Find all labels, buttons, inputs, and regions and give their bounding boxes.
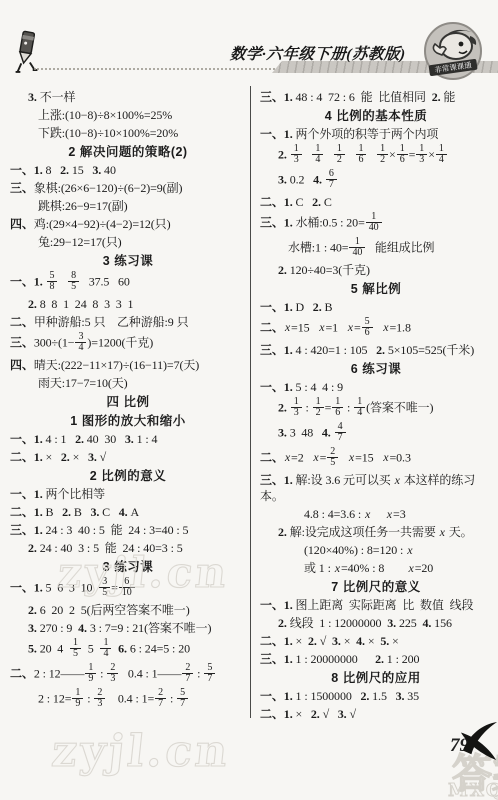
text-run: 三、 xyxy=(10,335,34,349)
text-run: B xyxy=(46,505,63,519)
section-heading: 3 练习课 xyxy=(8,557,248,576)
fraction: 23 xyxy=(107,663,118,684)
text-run: =20 xyxy=(415,561,433,575)
text-run: 2. xyxy=(60,163,72,177)
text-run: 2. xyxy=(28,541,40,555)
text-run: =3 xyxy=(393,507,406,521)
text-run: 四、 xyxy=(10,217,34,231)
text-run: 4. xyxy=(422,616,434,630)
text-run xyxy=(324,147,333,161)
section-heading: 1 图形的放大和缩小 xyxy=(8,411,248,430)
text-run: 4. xyxy=(356,634,368,648)
text-run: 4.8 : 4=3.6 : xyxy=(304,507,364,521)
answer-line: 二、2 : 12——19 : 23 0.4 : 1——27 : 57 xyxy=(8,662,248,687)
text-run: 二、1. xyxy=(10,450,46,464)
fraction: 13 xyxy=(291,397,302,418)
answer-line: 二、甲种游船:5 只 乙种游船:9 只 xyxy=(8,313,248,331)
fraction: 57 xyxy=(177,688,188,709)
text-run: 2. xyxy=(312,195,324,209)
text-run: 两个外项的积等于两个内项 xyxy=(296,127,439,141)
text-run: x xyxy=(386,507,393,521)
text-run: 水桶:0.5 : 20= xyxy=(296,215,365,229)
text-run: =2 xyxy=(291,450,312,464)
text-run: 晴天:(222−11×17)÷(16−11)=7(天) xyxy=(34,358,199,372)
text-run: 3. xyxy=(125,432,137,446)
text-run: B xyxy=(74,505,91,519)
text-run xyxy=(371,507,386,521)
answer-line: 一、1. 8 2. 15 3. 40 xyxy=(8,161,248,179)
text-run: x xyxy=(348,450,355,464)
text-run: C xyxy=(296,195,313,209)
text-run: 一、1. xyxy=(10,163,46,177)
text-run: 3. xyxy=(278,425,290,439)
watermark-site: MXQE.COM xyxy=(448,780,498,800)
text-run: = xyxy=(325,400,332,414)
text-run: 雨天:17−7=10(天) xyxy=(38,376,128,390)
fraction: 23 xyxy=(94,688,105,709)
text-run: 二、1. xyxy=(260,195,296,209)
text-run: 1 : 200 xyxy=(387,652,420,666)
fraction: 16 xyxy=(397,144,408,165)
text-run: x xyxy=(347,320,354,334)
section-heading: 4 比例的基本性质 xyxy=(258,106,494,125)
text-run: 5 xyxy=(82,641,100,655)
answer-line: 二、1. C 2. C xyxy=(258,193,494,211)
text-run: 3 : 7=9 : 21(答案不唯一) xyxy=(90,621,212,635)
answer-line: 2. 13 : 12=16 : 14(答案不唯一) xyxy=(258,396,494,421)
answer-line: 三、300÷(1−34)=1200(千克) xyxy=(8,331,248,356)
text-run: 水槽:1 : 40= xyxy=(288,240,348,254)
fraction: 15 xyxy=(70,638,81,659)
text-run: 2. xyxy=(313,300,325,314)
text-run: 3. xyxy=(88,450,100,464)
text-run: × xyxy=(296,634,308,648)
feather-icon xyxy=(460,720,498,762)
text-run: A xyxy=(130,505,139,519)
text-run: 2. xyxy=(360,689,372,703)
answer-line: 三、象棋:(26×6−120)÷(6−2)=9(副) xyxy=(8,179,248,197)
answers-column-right: 三、1. 48 : 4 72 : 6 能 比值相同 2. 能4 比例的基本性质一… xyxy=(258,88,494,723)
text-run: 二、 xyxy=(260,320,284,334)
text-run: × xyxy=(368,634,380,648)
answer-line: 一、1. 图上距离 实际距离 比 数值 线段 xyxy=(258,596,494,614)
text-run: 6 : 24=5 : 20 xyxy=(130,641,190,655)
text-run: 48 : 4 72 : 6 能 比值相同 xyxy=(296,90,432,104)
text-run: 二、1. xyxy=(260,707,296,721)
text-run: 三、1. xyxy=(260,343,296,357)
fraction: 56 xyxy=(362,317,373,338)
text-run: 三、1. xyxy=(260,652,296,666)
text-run: 跳棋:26−9=17(副) xyxy=(38,199,128,213)
text-run: √ xyxy=(323,707,338,721)
answer-line: 水槽:1 : 40=140 能组成比例 xyxy=(258,236,494,261)
page-title: 数学·六年级下册(苏教版) xyxy=(229,42,441,64)
text-run: 40 30 xyxy=(87,432,125,446)
text-run: 3. xyxy=(28,621,40,635)
text-run: × xyxy=(392,634,399,648)
answer-line: 三、1. 4 : 420=1 : 105 2. 5×105=525(千米) xyxy=(258,341,494,359)
fraction: 34 xyxy=(75,332,86,353)
text-run: 甲种游船:5 只 乙种游船:9 只 xyxy=(34,315,189,329)
answer-line: 三、1. 水桶:0.5 : 20=140 xyxy=(258,211,494,236)
text-run: x xyxy=(334,561,341,575)
text-run: 三、1. xyxy=(260,90,296,104)
text-run: 4. xyxy=(313,172,325,186)
text-run: × xyxy=(344,634,356,648)
text-run: 20 4 xyxy=(40,641,69,655)
answer-line: 一、1. D 2. B xyxy=(258,298,494,316)
text-run: 5. xyxy=(28,641,40,655)
answer-line: 下跌:(10−8)÷10×100%=20% xyxy=(8,124,248,142)
text-run: 1 : 4 xyxy=(137,432,158,446)
text-run: 2. xyxy=(375,652,387,666)
text-run: =0.3 xyxy=(389,450,410,464)
answer-line: 2. 13 14 12 16 12×16=13×14 xyxy=(258,143,494,168)
fraction: 14 xyxy=(100,638,111,659)
text-run: 一、1. xyxy=(10,487,46,501)
answer-line: 2. 120÷40=3(千克) xyxy=(258,261,494,279)
text-run xyxy=(339,450,348,464)
text-run: 上涨:(10−8)÷8×100%=25% xyxy=(38,108,172,122)
text-run: x xyxy=(394,473,401,487)
fraction: 13 xyxy=(416,144,427,165)
text-run: x xyxy=(284,320,291,334)
text-run: 2. xyxy=(28,603,40,617)
text-run: 象棋:(26×6−120)÷(6−2)=9(副) xyxy=(34,181,183,195)
text-run: 300÷(1− xyxy=(34,335,75,349)
text-run: 4 : 420=1 : 105 xyxy=(296,343,377,357)
answer-line: 一、1. 两个外项的积等于两个内项 xyxy=(258,125,494,143)
text-run: 35 xyxy=(407,689,419,703)
text-run: 二、 xyxy=(260,450,284,464)
text-run: = xyxy=(111,580,118,594)
text-run: 一、1. xyxy=(260,127,296,141)
answer-line: 3. 3 48 4. 47 xyxy=(258,421,494,446)
answer-line: 一、1. 两个比相等 xyxy=(8,485,248,503)
section-heading: 8 比例尺的应用 xyxy=(258,668,494,687)
text-run: 2. xyxy=(62,505,74,519)
text-run: 二、1. xyxy=(10,505,46,519)
text-run: × xyxy=(73,450,88,464)
fraction: 140 xyxy=(349,237,365,258)
text-run: 5. xyxy=(380,634,392,648)
text-run: 三、 xyxy=(10,181,34,195)
section-heading: 6 练习课 xyxy=(258,359,494,378)
text-run: 4. xyxy=(322,425,334,439)
text-run: = xyxy=(320,450,327,464)
fraction: 35 xyxy=(99,577,110,598)
text-run: 2. xyxy=(75,432,87,446)
answer-line: 3. 0.2 4. 67 xyxy=(258,168,494,193)
text-run: 40 xyxy=(104,163,116,177)
text-run: 一、1. xyxy=(260,598,296,612)
text-run: x xyxy=(284,450,291,464)
text-run: 能组成比例 xyxy=(366,240,434,254)
text-run: 2. xyxy=(278,400,290,414)
text-run: 3. xyxy=(338,707,350,721)
text-run: 一、1. xyxy=(260,380,296,394)
text-run: 解:设完成这项任务一共需要 xyxy=(290,525,439,539)
answer-line: 2. 解:设完成这项任务一共需要 x 天。 xyxy=(258,523,494,541)
text-run: √ xyxy=(100,450,107,464)
fraction: 13 xyxy=(291,144,302,165)
fraction: 27 xyxy=(182,663,193,684)
section-heading: 四 比例 xyxy=(8,392,248,411)
text-run: × xyxy=(46,450,61,464)
fraction: 14 xyxy=(436,144,447,165)
text-run: 8 8 1 24 8 3 3 1 xyxy=(40,297,134,311)
text-run: 5×105=525(千米) xyxy=(388,343,474,357)
fraction: 67 xyxy=(326,169,337,190)
text-run: 兔:29−12=17(只) xyxy=(38,235,122,249)
answer-line: 雨天:17−7=10(天) xyxy=(8,374,248,392)
text-run: 3. xyxy=(332,634,344,648)
text-run: 3 48 xyxy=(290,425,322,439)
text-run: 8 xyxy=(46,163,61,177)
fraction: 47 xyxy=(335,422,346,443)
text-run xyxy=(303,147,312,161)
text-run: 三、1. xyxy=(10,523,46,537)
text-run: × xyxy=(296,707,311,721)
answers-column-left: 3. 不一样上涨:(10−8)÷8×100%=25%下跌:(10−8)÷10×1… xyxy=(8,88,248,712)
text-run: x xyxy=(407,561,414,575)
text-run: 4. xyxy=(119,505,131,519)
answer-line: 2. 24 : 40 3 : 5 能 24 : 40=3 : 5 xyxy=(8,539,248,557)
answer-line: 2. 6 20 2 5(后两空答案不唯一) xyxy=(8,601,248,619)
text-run: 225 xyxy=(399,616,423,630)
text-run: × xyxy=(428,147,435,161)
answer-line: 三、1. 解:设 3.6 元可以买 x 本这样的练习本。 xyxy=(258,471,494,505)
text-run: =15 xyxy=(355,450,382,464)
text-run: 能 xyxy=(443,90,455,104)
text-run: 线段 1 : 12000000 xyxy=(290,616,388,630)
text-run: 一、1. xyxy=(10,432,46,446)
text-run: 2. xyxy=(376,343,388,357)
answer-line: 三、1. 24 : 3 40 : 5 能 24 : 3=40 : 5 xyxy=(8,521,248,539)
text-run: C xyxy=(102,505,119,519)
text-run xyxy=(367,147,376,161)
text-run: : xyxy=(167,691,176,705)
text-run: 24 : 40 3 : 5 能 24 : 40=3 : 5 xyxy=(40,541,183,555)
fraction: 12 xyxy=(313,397,324,418)
text-run: 鸡:(29×4−92)÷(4−2)=12(只) xyxy=(34,217,171,231)
answer-line: 2 : 12=19 : 23 0.4 : 1=27 : 57 xyxy=(8,687,248,712)
answer-line: 3. 270 : 9 4. 3 : 7=9 : 21(答案不唯一) xyxy=(8,619,248,637)
watermark-zyjl-bottom: zyjl.cn xyxy=(49,726,233,777)
text-run: 一、1. xyxy=(10,274,46,288)
fraction: 12 xyxy=(334,144,345,165)
mascot-badge-icon: 非常课课通 xyxy=(422,20,484,82)
fraction: 14 xyxy=(312,144,323,165)
section-heading: 2 比例的意义 xyxy=(8,466,248,485)
answer-line: 上涨:(10−8)÷8×100%=25% xyxy=(8,106,248,124)
text-run: 二、1. xyxy=(260,634,296,648)
answer-line: 2. 线段 1 : 12000000 3. 225 4. 156 xyxy=(258,614,494,632)
workbook-answer-page: 数学·六年级下册(苏教版) 非常课课通 3. 不一样上涨:(10−8)÷8×10… xyxy=(0,0,498,800)
text-run: 2. xyxy=(308,634,320,648)
text-run: 图上距离 实际距离 比 数值 线段 xyxy=(296,598,474,612)
text-run: 3. xyxy=(278,172,290,186)
text-run: 2. xyxy=(278,525,290,539)
text-run: 两个比相等 xyxy=(46,487,106,501)
text-run: 0.2 xyxy=(290,172,313,186)
text-run: 4. xyxy=(78,621,90,635)
fraction: 85 xyxy=(68,271,79,292)
text-run: 2. xyxy=(278,263,290,277)
section-heading: 2 解决问题的策略(2) xyxy=(8,142,248,161)
text-run: 3. xyxy=(90,505,102,519)
text-run: 天。 xyxy=(446,525,473,539)
text-run: )=1200(千克) xyxy=(87,335,153,349)
text-run: 一、1. xyxy=(10,580,46,594)
text-run: 三、1. xyxy=(260,473,296,487)
text-run: 下跌:(10−8)÷10×100%=20% xyxy=(38,126,178,140)
answer-line: 四、晴天:(222−11×17)÷(16−11)=7(天) xyxy=(8,356,248,374)
text-run: 0.4 : 1—— xyxy=(119,666,181,680)
text-run: : xyxy=(84,691,93,705)
text-run: 37.5 60 xyxy=(80,274,130,288)
answer-line: 二、1. × 2. √ 3. √ xyxy=(258,705,494,723)
answer-line: 三、1. 1 : 20000000 2. 1 : 200 xyxy=(258,650,494,668)
answer-line: 一、1. 4 : 1 2. 40 30 3. 1 : 4 xyxy=(8,430,248,448)
text-run: 2. xyxy=(61,450,73,464)
text-run: 2. xyxy=(432,90,444,104)
text-run: 四、 xyxy=(10,358,34,372)
section-heading: 5 解比例 xyxy=(258,279,494,298)
text-run: : xyxy=(194,666,203,680)
text-run: 24 : 3 40 : 5 能 24 : 3=40 : 5 xyxy=(46,523,189,537)
text-run: 3. xyxy=(387,616,399,630)
fraction: 14 xyxy=(354,397,365,418)
section-heading: 7 比例尺的意义 xyxy=(258,577,494,596)
text-run: 4 : 1 xyxy=(46,432,76,446)
text-run: =1 xyxy=(325,320,346,334)
answer-line: 2. 8 8 1 24 8 3 3 1 xyxy=(8,295,248,313)
fraction: 610 xyxy=(119,577,135,598)
text-run: √ xyxy=(349,707,356,721)
fraction: 16 xyxy=(356,144,367,165)
text-run: (答案不唯一) xyxy=(366,400,433,414)
text-run: 一、1. xyxy=(260,300,296,314)
text-run: B xyxy=(325,300,333,314)
fraction: 19 xyxy=(85,663,96,684)
text-run: 2. xyxy=(28,297,40,311)
section-heading: 3 练习课 xyxy=(8,251,248,270)
text-run: 5 6 3 10 xyxy=(46,580,99,594)
text-run: 不一样 xyxy=(40,90,76,104)
text-run xyxy=(374,320,383,334)
text-run: =15 xyxy=(291,320,318,334)
text-run: 270 : 9 xyxy=(40,621,78,635)
text-run: × xyxy=(389,147,396,161)
text-run: =1.8 xyxy=(389,320,410,334)
answer-line: 一、1. 58 85 37.5 60 xyxy=(8,270,248,295)
fraction: 16 xyxy=(332,397,343,418)
text-run: D xyxy=(296,300,313,314)
answer-line: 兔:29−12=17(只) xyxy=(8,233,248,251)
answer-line: 3. 不一样 xyxy=(8,88,248,106)
answer-line: 5. 20 4 15 5 14 6. 6 : 24=5 : 20 xyxy=(8,637,248,662)
answer-line: 三、1. 48 : 4 72 : 6 能 比值相同 2. 能 xyxy=(258,88,494,106)
text-run: 15 xyxy=(72,163,93,177)
answer-line: (120×40%) : 8=120 : x xyxy=(258,541,494,559)
text-run xyxy=(58,274,67,288)
answer-line: 二、1. × 2. √ 3. × 4. × 5. × xyxy=(258,632,494,650)
text-run: x xyxy=(312,450,319,464)
text-run: : xyxy=(97,666,106,680)
text-run: 3. xyxy=(28,90,40,104)
text-run: 2. xyxy=(278,616,290,630)
text-run: 2 : 12—— xyxy=(34,666,85,680)
answer-line: 4.8 : 4=3.6 : x x=3 xyxy=(258,505,494,523)
text-run: 120÷40=3(千克) xyxy=(290,263,370,277)
answer-line: 或 1 : x=40% : 8 x=20 xyxy=(258,559,494,577)
answer-line: 一、1. 5 : 4 4 : 9 xyxy=(258,378,494,396)
text-run: x xyxy=(406,543,413,557)
answer-line: 跳棋:26−9=17(副) xyxy=(8,197,248,215)
text-run: 二、 xyxy=(10,315,34,329)
text-run: 3. xyxy=(92,163,104,177)
text-run: 或 1 : xyxy=(304,561,334,575)
text-run: 2 : 12= xyxy=(38,691,71,705)
text-run: 6. xyxy=(118,641,130,655)
text-run: √ xyxy=(320,634,332,648)
fraction: 58 xyxy=(47,271,58,292)
answer-line: 二、1. B 2. B 3. C 4. A xyxy=(8,503,248,521)
fraction: 140 xyxy=(366,212,382,233)
answer-line: 一、1. 5 6 3 10 35=610 xyxy=(8,576,248,601)
text-run: 一、1. xyxy=(260,689,296,703)
header-dotted-rule xyxy=(34,68,282,70)
text-run: : xyxy=(344,400,353,414)
text-run: 3. xyxy=(396,689,408,703)
text-run: = xyxy=(354,320,361,334)
fraction: 12 xyxy=(377,144,388,165)
fraction: 25 xyxy=(327,447,338,468)
text-run: 6 20 2 5(后两空答案不唯一) xyxy=(40,603,190,617)
answer-line: 二、x=15 x=1 x=56 x=1.8 xyxy=(258,316,494,341)
text-run: 2. xyxy=(278,147,290,161)
answer-line: 二、x=2 x=25 x=15 x=0.3 xyxy=(258,446,494,471)
text-run: 2. xyxy=(311,707,323,721)
fraction: 57 xyxy=(204,663,215,684)
fraction: 27 xyxy=(155,688,166,709)
text-run: 156 xyxy=(434,616,452,630)
text-run: x xyxy=(439,525,446,539)
text-run: 5 : 4 4 : 9 xyxy=(296,380,343,394)
text-run: C xyxy=(324,195,332,209)
text-run: = xyxy=(409,147,416,161)
answer-line: 一、1. 1 : 1500000 2. 1.5 3. 35 xyxy=(258,687,494,705)
text-run: =40% : 8 xyxy=(341,561,408,575)
text-run xyxy=(346,147,355,161)
text-run: 1 : 20000000 xyxy=(296,652,376,666)
fraction: 19 xyxy=(72,688,83,709)
text-run: : xyxy=(303,400,312,414)
text-run: 1.5 xyxy=(372,689,395,703)
text-run: 0.4 : 1= xyxy=(106,691,154,705)
column-divider xyxy=(250,86,251,718)
text-run: 1 : 1500000 xyxy=(296,689,361,703)
text-run: (120×40%) : 8=120 : xyxy=(304,543,406,557)
text-run: 解:设 3.6 元可以买 xyxy=(296,473,394,487)
answer-line: 四、鸡:(29×4−92)÷(4−2)=12(只) xyxy=(8,215,248,233)
answer-line: 二、1. × 2. × 3. √ xyxy=(8,448,248,466)
text-run: 二、 xyxy=(10,666,34,680)
text-run: 三、1. xyxy=(260,215,296,229)
